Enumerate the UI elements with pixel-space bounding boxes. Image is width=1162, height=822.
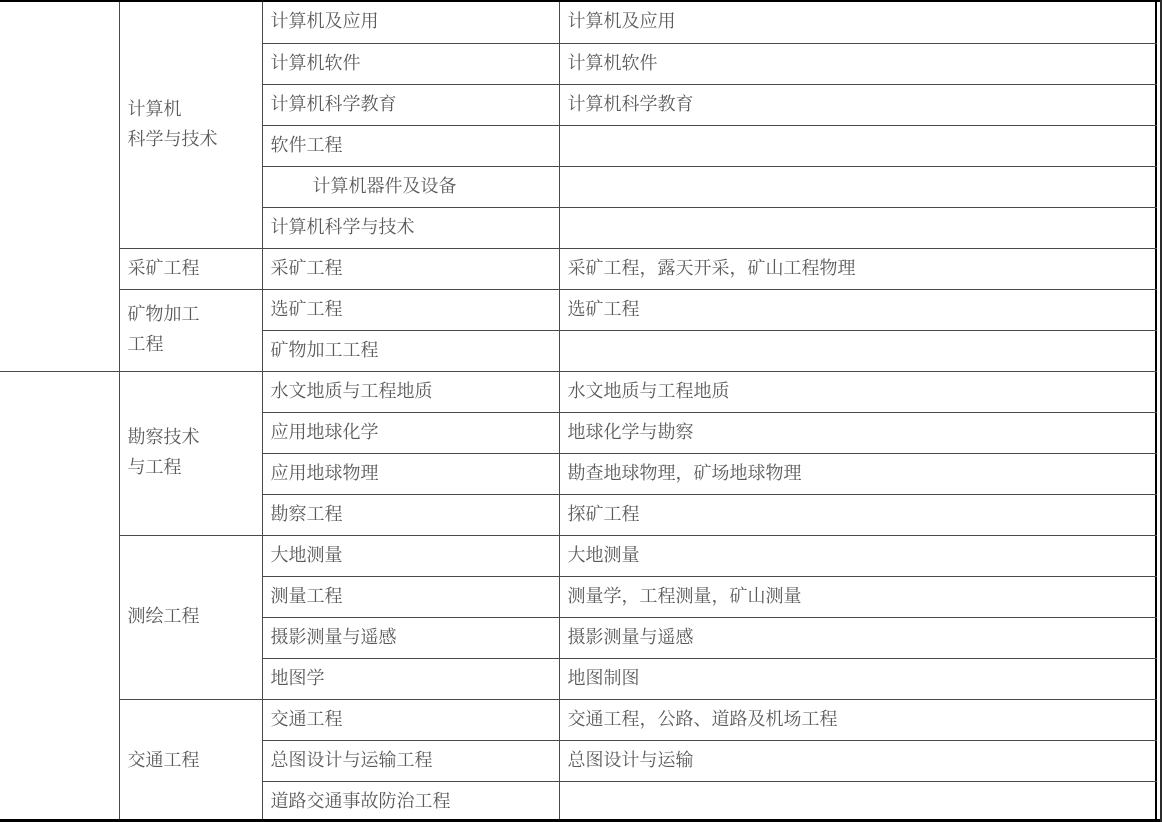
former-major-cell [559,166,1157,207]
former-major-cell [559,207,1157,248]
former-major-cell: 地球化学与勘察 [559,412,1157,453]
former-major-cell: 大地测量 [559,535,1157,576]
former-major-cell: 水文地质与工程地质 [559,371,1157,412]
major-cell: 矿物加工工程 [262,330,559,371]
major-cell: 计算机科学教育 [262,84,559,125]
major-cell: 总图设计与运输工程 [262,740,559,781]
major-cell: 大地测量 [262,535,559,576]
major-cell: 采矿工程 [262,248,559,289]
category-cell: 计算机 科学与技术 [119,2,262,248]
major-cell: 软件工程 [262,125,559,166]
former-major-cell: 勘查地球物理，矿场地球物理 [559,453,1157,494]
major-cell: 交通工程 [262,699,559,740]
former-major-cell: 计算机科学教育 [559,84,1157,125]
table-row: 矿物加工 工程选矿工程选矿工程 [0,289,1157,330]
category-cell: 勘察技术 与工程 [119,371,262,535]
major-cell: 计算机及应用 [262,2,559,43]
major-cell: 水文地质与工程地质 [262,371,559,412]
major-cell: 计算机科学与技术 [262,207,559,248]
table-row: 测绘工程大地测量大地测量 [0,535,1157,576]
former-major-cell: 地图制图 [559,658,1157,699]
majors-table: 计算机 科学与技术计算机及应用计算机及应用计算机软件计算机软件计算机科学教育计算… [0,2,1157,822]
table-row: 计算机 科学与技术计算机及应用计算机及应用 [0,2,1157,43]
table-row: 采矿工程采矿工程采矿工程，露天开采，矿山工程物理 [0,248,1157,289]
major-cell: 勘察工程 [262,494,559,535]
former-major-cell: 摄影测量与遥感 [559,617,1157,658]
majors-table-container: 计算机 科学与技术计算机及应用计算机及应用计算机软件计算机软件计算机科学教育计算… [0,0,1157,822]
former-major-cell: 探矿工程 [559,494,1157,535]
former-major-cell: 交通工程，公路、道路及机场工程 [559,699,1157,740]
major-cell: 应用地球物理 [262,453,559,494]
former-major-cell [559,330,1157,371]
former-major-cell: 采矿工程，露天开采，矿山工程物理 [559,248,1157,289]
top-edge-line [0,0,1162,2]
major-cell: 道路交通事故防治工程 [262,781,559,822]
major-cell: 计算机软件 [262,43,559,84]
category-cell: 矿物加工 工程 [119,289,262,371]
category-cell: 交通工程 [119,699,262,822]
major-cell: 选矿工程 [262,289,559,330]
table-row: 交通工程交通工程交通工程，公路、道路及机场工程 [0,699,1157,740]
former-major-cell [559,781,1157,822]
document-page: 计算机 科学与技术计算机及应用计算机及应用计算机软件计算机软件计算机科学教育计算… [0,0,1162,822]
table-row: 勘察技术 与工程水文地质与工程地质水文地质与工程地质 [0,371,1157,412]
former-major-cell: 选矿工程 [559,289,1157,330]
table-body: 计算机 科学与技术计算机及应用计算机及应用计算机软件计算机软件计算机科学教育计算… [0,2,1157,822]
former-major-cell [559,125,1157,166]
major-cell: 应用地球化学 [262,412,559,453]
former-major-cell: 计算机及应用 [559,2,1157,43]
former-major-cell: 测量学，工程测量，矿山测量 [559,576,1157,617]
major-cell: 摄影测量与遥感 [262,617,559,658]
major-cell: 测量工程 [262,576,559,617]
major-cell: 地图学 [262,658,559,699]
category-cell: 采矿工程 [119,248,262,289]
major-cell: 计算机器件及设备 [262,166,559,207]
category-cell: 测绘工程 [119,535,262,699]
group-cell [0,2,119,371]
former-major-cell: 计算机软件 [559,43,1157,84]
former-major-cell: 总图设计与运输 [559,740,1157,781]
group-cell [0,371,119,822]
